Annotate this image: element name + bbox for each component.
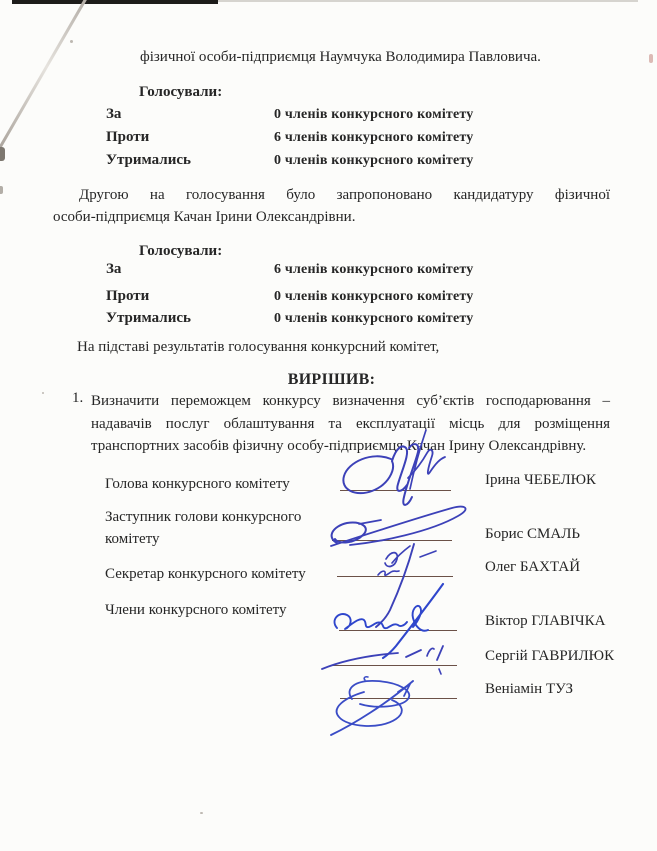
scanned-document-page: фізичної особи-підприємця Наумчука Волод…	[0, 0, 657, 851]
basis-line: На підставі результатів голосування конк…	[77, 336, 439, 358]
vote1-row-value: 0 членів конкурсного комітету	[274, 107, 474, 123]
scan-edge-mark	[0, 147, 5, 161]
signer-name: Ірина ЧЕБЕЛЮК	[485, 472, 596, 489]
vote1-row-value: 0 членів конкурсного комітету	[274, 153, 474, 169]
signer-name: Олег БАХТАЙ	[485, 559, 580, 576]
paragraph-second-candidate: Другою на голосування було запропоновано…	[53, 184, 610, 228]
signature-line	[330, 665, 457, 666]
signature-havryliuk	[322, 646, 443, 674]
signature-line	[340, 490, 451, 491]
signer-role-members: Члени конкурсного комітету	[105, 599, 287, 621]
vote2-row-label: За	[106, 261, 121, 278]
signature-line	[332, 540, 452, 541]
vote1-row-label: Утримались	[106, 152, 191, 169]
paper-crease-line	[0, 0, 88, 153]
scan-edge-bar-faint	[218, 0, 638, 2]
vote2-row-value: 6 членів конкурсного комітету	[274, 262, 474, 278]
intro-line: фізичної особи-підприємця Наумчука Волод…	[140, 46, 541, 68]
vote1-row-value: 6 членів конкурсного комітету	[274, 130, 474, 146]
paragraph-line: Другою на голосування було запропоновано…	[53, 184, 610, 206]
vote1-row-label: Проти	[106, 129, 149, 146]
scan-edge-bar	[12, 0, 218, 4]
signature-glavichka	[334, 584, 443, 658]
vote2-row-value: 0 членів конкурсного комітету	[274, 311, 474, 327]
vote1-row-label: За	[106, 106, 121, 123]
signature-tuz	[331, 677, 413, 735]
signer-role-secretary: Секретар конкурсного комітету	[105, 563, 306, 585]
scan-edge-mark	[649, 54, 653, 63]
vote2-row-label: Утримались	[106, 310, 191, 327]
signer-name: Борис СМАЛЬ	[485, 526, 580, 543]
signer-name: Віктор ГЛАВІЧКА	[485, 613, 606, 630]
paragraph-line: особи-підприємця Качан Ірини Олександрів…	[53, 206, 610, 228]
signer-role-chairman: Голова конкурсного комітету	[105, 473, 290, 495]
signer-name: Сергій ГАВРИЛЮК	[485, 648, 614, 665]
scan-edge-mark	[0, 186, 3, 194]
vote2-row-value: 0 членів конкурсного комітету	[274, 289, 474, 305]
signature-line	[339, 630, 457, 631]
signature-line	[340, 698, 457, 699]
scan-speck	[70, 40, 73, 43]
vote1-heading: Голосували:	[139, 84, 222, 101]
signer-name: Веніамін ТУЗ	[485, 681, 573, 698]
scan-speck	[42, 392, 44, 394]
signature-line	[337, 576, 453, 577]
decision-item-text: Визначити переможцем конкурсу визначення…	[91, 390, 610, 458]
vote2-row-label: Проти	[106, 288, 149, 305]
scan-speck	[200, 812, 203, 814]
decision-heading: ВИРІШИВ:	[53, 371, 610, 389]
signer-role-deputy: Заступник голови конкурсного комітету	[105, 506, 345, 550]
vote2-heading: Голосували:	[139, 243, 222, 260]
decision-item-number: 1.	[72, 390, 83, 407]
signature-bakhtai	[376, 544, 436, 627]
